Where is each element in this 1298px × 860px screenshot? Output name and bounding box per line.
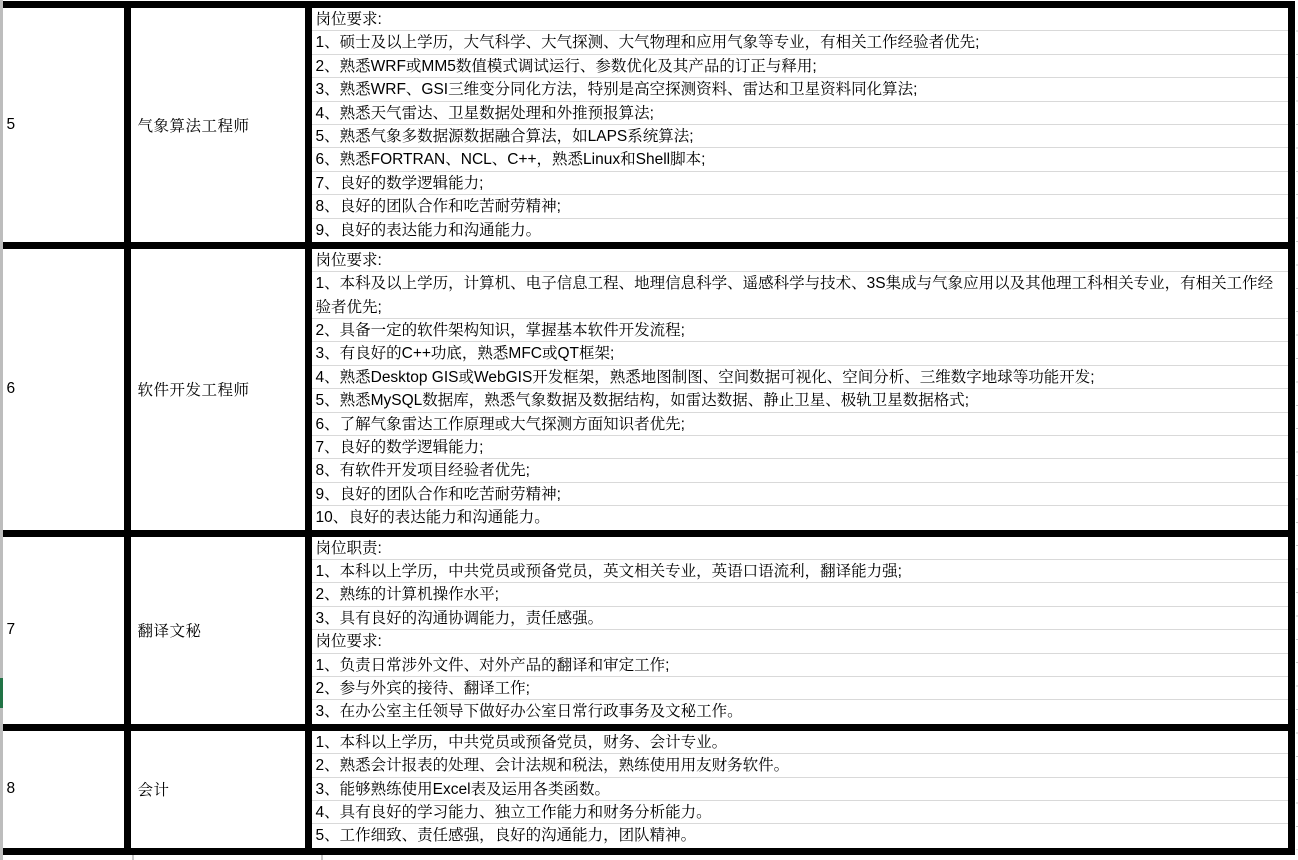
below-table-gridline-tick — [321, 855, 323, 860]
requirement-cell[interactable]: 2、具备一定的软件架构知识，掌握基本软件开发流程; — [312, 319, 1289, 342]
requirement-cell[interactable]: 5、熟悉气象多数据源数据融合算法，如LAPS系统算法; — [312, 125, 1289, 148]
requirement-cell[interactable]: 4、熟悉Desktop GIS或WebGIS开发框架，熟悉地图制图、空间数据可视… — [312, 366, 1289, 389]
position-title-cell[interactable]: 软件开发工程师 — [131, 249, 312, 530]
requirements-column: 岗位职责:1、本科以上学历，中共党员或预备党员，英文相关专业，英语口语流利，翻译… — [312, 537, 1289, 724]
requirement-cell[interactable]: 7、良好的数学逻辑能力; — [312, 436, 1289, 459]
requirement-cell[interactable]: 岗位职责: — [312, 537, 1289, 560]
requirements-column: 岗位要求:1、本科及以上学历，计算机、电子信息工程、地理信息科学、遥感科学与技术… — [312, 249, 1289, 530]
requirement-cell[interactable]: 6、熟悉FORTRAN、NCL、C++，熟悉Linux和Shell脚本; — [312, 148, 1289, 171]
requirement-cell[interactable]: 4、熟悉天气雷达、卫星数据处理和外推预报算法; — [312, 102, 1289, 125]
requirement-cell[interactable]: 1、本科以上学历，中共党员或预备党员，英文相关专业，英语口语流利，翻译能力强; — [312, 560, 1289, 583]
requirement-cell[interactable]: 2、参与外宾的接待、翻译工作; — [312, 677, 1289, 700]
requirement-cell[interactable]: 5、熟悉MySQL数据库，熟悉气象数据及数据结构，如雷达数据、静止卫星、极轨卫星… — [312, 389, 1289, 412]
position-number-cell[interactable]: 6 — [3, 249, 131, 530]
requirement-cell[interactable]: 1、硕士及以上学历，大气科学、大气探测、大气物理和应用气象等专业，有相关工作经验… — [312, 31, 1289, 54]
requirement-cell[interactable]: 7、良好的数学逻辑能力; — [312, 172, 1289, 195]
requirement-cell[interactable]: 2、熟悉WRF或MM5数值模式调试运行、参数优化及其产品的订正与释用; — [312, 55, 1289, 78]
requirement-cell[interactable]: 3、在办公室主任领导下做好办公室日常行政事务及文秘工作。 — [312, 700, 1289, 723]
jobs-table: 5气象算法工程师岗位要求:1、硕士及以上学历，大气科学、大气探测、大气物理和应用… — [3, 1, 1296, 855]
requirement-cell[interactable]: 4、具有良好的学习能力、独立工作能力和财务分析能力。 — [312, 801, 1289, 824]
position-number-cell[interactable]: 5 — [3, 8, 131, 242]
position-title-cell[interactable]: 气象算法工程师 — [131, 8, 312, 242]
requirement-cell[interactable]: 5、工作细致、责任感强，良好的沟通能力，团队精神。 — [312, 824, 1289, 847]
requirement-cell[interactable]: 10、良好的表达能力和沟通能力。 — [312, 506, 1289, 529]
requirement-cell[interactable]: 1、本科以上学历，中共党员或预备党员，财务、会计专业。 — [312, 731, 1289, 754]
position-number-cell[interactable]: 8 — [3, 731, 131, 848]
requirement-cell[interactable]: 1、负责日常涉外文件、对外产品的翻译和审定工作; — [312, 654, 1289, 677]
requirement-cell[interactable]: 3、有良好的C++功底，熟悉MFC或QT框架; — [312, 342, 1289, 365]
position-title-cell[interactable]: 翻译文秘 — [131, 537, 312, 724]
requirement-cell[interactable]: 9、良好的团队合作和吃苦耐劳精神; — [312, 483, 1289, 506]
section-row: 7翻译文秘岗位职责:1、本科以上学历，中共党员或预备党员，英文相关专业，英语口语… — [3, 537, 1289, 731]
requirement-cell[interactable]: 2、熟悉会计报表的处理、会计法规和税法，熟练使用用友财务软件。 — [312, 754, 1289, 777]
requirement-cell[interactable]: 3、熟悉WRF、GSI三维变分同化方法，特别是高空探测资料、雷达和卫星资料同化算… — [312, 78, 1289, 101]
section-row: 6软件开发工程师岗位要求:1、本科及以上学历，计算机、电子信息工程、地理信息科学… — [3, 249, 1289, 537]
requirement-cell[interactable]: 8、良好的团队合作和吃苦耐劳精神; — [312, 195, 1289, 218]
requirement-cell[interactable]: 岗位要求: — [312, 630, 1289, 653]
position-title-cell[interactable]: 会计 — [131, 731, 312, 848]
requirement-cell[interactable]: 9、良好的表达能力和沟通能力。 — [312, 219, 1289, 242]
left-gridline-strip — [0, 0, 3, 860]
requirement-cell[interactable]: 3、具有良好的沟通协调能力，责任感强。 — [312, 607, 1289, 630]
requirement-cell[interactable]: 2、熟练的计算机操作水平; — [312, 583, 1289, 606]
position-number-cell[interactable]: 7 — [3, 537, 131, 724]
requirement-cell[interactable]: 6、了解气象雷达工作原理或大气探测方面知识者优先; — [312, 413, 1289, 436]
requirement-cell[interactable]: 8、有软件开发项目经验者优先; — [312, 459, 1289, 482]
requirement-cell[interactable]: 3、能够熟练使用Excel表及运用各类函数。 — [312, 778, 1289, 801]
requirements-column: 岗位要求:1、硕士及以上学历，大气科学、大气探测、大气物理和应用气象等专业，有相… — [312, 8, 1289, 242]
selected-cell-marker — [0, 678, 3, 708]
below-table-gridline-tick — [132, 855, 134, 860]
requirement-cell[interactable]: 岗位要求: — [312, 249, 1289, 272]
requirements-column: 1、本科以上学历，中共党员或预备党员，财务、会计专业。2、熟悉会计报表的处理、会… — [312, 731, 1289, 848]
requirement-cell[interactable]: 1、本科及以上学历，计算机、电子信息工程、地理信息科学、遥感科学与技术、3S集成… — [312, 272, 1289, 319]
section-row: 5气象算法工程师岗位要求:1、硕士及以上学历，大气科学、大气探测、大气物理和应用… — [3, 8, 1289, 249]
section-row: 8会计1、本科以上学历，中共党员或预备党员，财务、会计专业。2、熟悉会计报表的处… — [3, 731, 1289, 855]
requirement-cell[interactable]: 岗位要求: — [312, 8, 1289, 31]
